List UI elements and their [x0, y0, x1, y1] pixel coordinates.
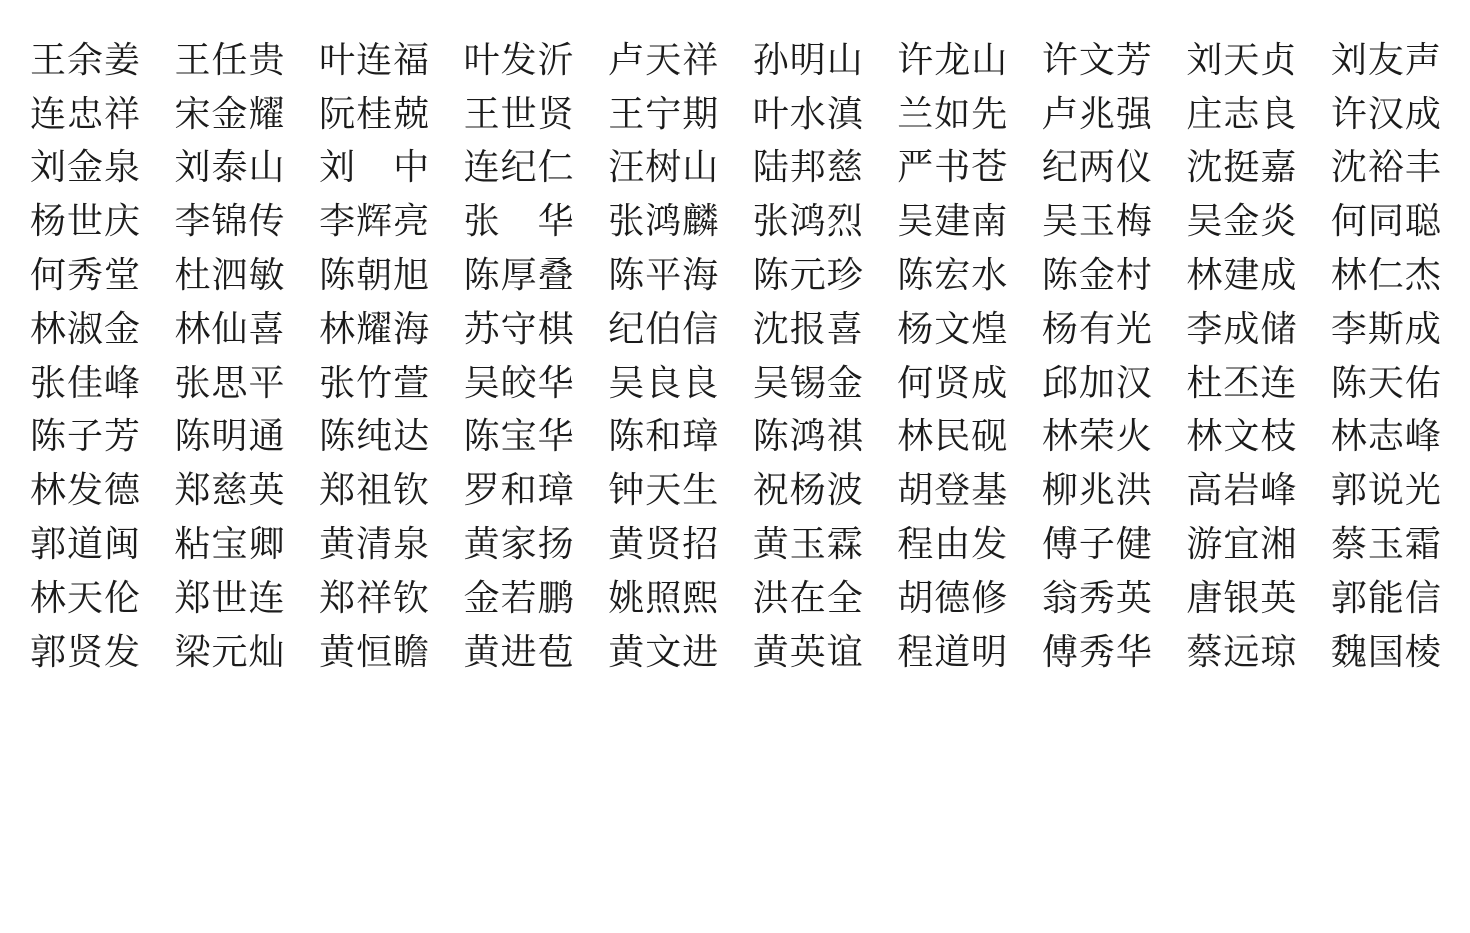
name-cell: 黄恒瞻	[319, 634, 430, 670]
name-cell: 林发德	[30, 472, 141, 508]
name-cell: 阮桂兢	[319, 96, 430, 132]
name-cell: 金若鹏	[464, 580, 575, 616]
name-cell: 邱加汉	[1042, 365, 1153, 401]
name-cell: 陈和璋	[608, 418, 719, 454]
name-cell: 胡德修	[897, 580, 1008, 616]
name-cell: 魏国棱	[1331, 634, 1442, 670]
name-cell: 王宁期	[608, 96, 719, 132]
name-cell: 吴玉梅	[1042, 203, 1153, 239]
name-cell: 刘天贞	[1186, 42, 1297, 78]
name-row: 陈子芳陈明通陈纯达陈宝华陈和璋陈鸿祺林民砚林荣火林文枝林志峰	[30, 410, 1442, 464]
name-cell: 王世贤	[464, 96, 575, 132]
name-cell: 黄进苞	[464, 634, 575, 670]
name-cell: 陈天佑	[1331, 365, 1442, 401]
name-cell: 蔡玉霜	[1331, 526, 1442, 562]
name-cell: 林文枝	[1186, 418, 1297, 454]
name-row: 林发德郑慈英郑祖钦罗和璋钟天生祝杨波胡登基柳兆洪高岩峰郭说光	[30, 463, 1442, 517]
name-cell: 程由发	[897, 526, 1008, 562]
name-cell: 林耀海	[319, 311, 430, 347]
name-cell: 吴皎华	[464, 365, 575, 401]
name-cell: 郑慈英	[175, 472, 286, 508]
name-row: 杨世庆李锦传李辉亮张 华张鸿麟张鸿烈吴建南吴玉梅吴金炎何同聪	[30, 194, 1442, 248]
name-cell: 张思平	[175, 365, 286, 401]
name-cell: 吴锡金	[753, 365, 864, 401]
name-cell: 孙明山	[753, 42, 864, 78]
name-grid: 王余姜王任贵叶连福叶发沂卢天祥孙明山许龙山许文芳刘天贞刘友声连忠祥宋金耀阮桂兢王…	[30, 33, 1442, 679]
name-cell: 黄贤招	[608, 526, 719, 562]
name-cell: 张 华	[464, 203, 575, 239]
name-cell: 林天伦	[30, 580, 141, 616]
name-cell: 杜泗敏	[175, 257, 286, 293]
name-cell: 梁元灿	[175, 634, 286, 670]
name-cell: 陈元珍	[753, 257, 864, 293]
name-cell: 王余姜	[30, 42, 141, 78]
name-cell: 唐银英	[1186, 580, 1297, 616]
name-cell: 傅子健	[1042, 526, 1153, 562]
name-cell: 张鸿烈	[753, 203, 864, 239]
name-cell: 庄志良	[1186, 96, 1297, 132]
name-cell: 许文芳	[1042, 42, 1153, 78]
name-cell: 林民砚	[897, 418, 1008, 454]
name-cell: 卢兆强	[1042, 96, 1153, 132]
name-cell: 陈子芳	[30, 418, 141, 454]
name-cell: 许龙山	[897, 42, 1008, 78]
name-cell: 黄清泉	[319, 526, 430, 562]
name-cell: 杨世庆	[30, 203, 141, 239]
name-cell: 王任贵	[175, 42, 286, 78]
name-cell: 洪在全	[753, 580, 864, 616]
name-cell: 柳兆洪	[1042, 472, 1153, 508]
name-cell: 杨有光	[1042, 311, 1153, 347]
name-cell: 陆邦慈	[753, 149, 864, 185]
name-cell: 纪两仪	[1042, 149, 1153, 185]
name-row: 刘金泉刘泰山刘 中连纪仁汪树山陆邦慈严书苍纪两仪沈挺嘉沈裕丰	[30, 141, 1442, 195]
name-cell: 陈鸿祺	[753, 418, 864, 454]
name-cell: 张竹萱	[319, 365, 430, 401]
name-cell: 张鸿麟	[608, 203, 719, 239]
name-cell: 郑祖钦	[319, 472, 430, 508]
name-cell: 沈报喜	[753, 311, 864, 347]
name-cell: 吴良良	[608, 365, 719, 401]
name-cell: 李斯成	[1331, 311, 1442, 347]
name-cell: 刘金泉	[30, 149, 141, 185]
name-cell: 郭道闽	[30, 526, 141, 562]
name-cell: 吴建南	[897, 203, 1008, 239]
name-cell: 何贤成	[897, 365, 1008, 401]
name-cell: 何同聪	[1331, 203, 1442, 239]
name-cell: 纪伯信	[608, 311, 719, 347]
name-row: 王余姜王任贵叶连福叶发沂卢天祥孙明山许龙山许文芳刘天贞刘友声	[30, 33, 1442, 87]
name-cell: 林仁杰	[1331, 257, 1442, 293]
name-cell: 林建成	[1186, 257, 1297, 293]
name-cell: 郑祥钦	[319, 580, 430, 616]
name-cell: 陈纯达	[319, 418, 430, 454]
name-cell: 姚照熙	[608, 580, 719, 616]
name-cell: 傅秀华	[1042, 634, 1153, 670]
name-cell: 卢天祥	[608, 42, 719, 78]
name-row: 郭贤发梁元灿黄恒瞻黄进苞黄文进黄英谊程道明傅秀华蔡远琼魏国棱	[30, 625, 1442, 679]
name-cell: 何秀堂	[30, 257, 141, 293]
name-cell: 郑世连	[175, 580, 286, 616]
name-cell: 沈裕丰	[1331, 149, 1442, 185]
name-cell: 宋金耀	[175, 96, 286, 132]
name-cell: 粘宝卿	[175, 526, 286, 562]
name-cell: 黄家扬	[464, 526, 575, 562]
name-row: 张佳峰张思平张竹萱吴皎华吴良良吴锡金何贤成邱加汉杜丕连陈天佑	[30, 356, 1442, 410]
name-cell: 陈宏水	[897, 257, 1008, 293]
name-cell: 连纪仁	[464, 149, 575, 185]
name-cell: 林仙喜	[175, 311, 286, 347]
name-cell: 胡登基	[897, 472, 1008, 508]
name-cell: 罗和璋	[464, 472, 575, 508]
name-cell: 吴金炎	[1186, 203, 1297, 239]
name-cell: 黄玉霖	[753, 526, 864, 562]
name-cell: 许汉成	[1331, 96, 1442, 132]
name-cell: 黄文进	[608, 634, 719, 670]
name-cell: 叶水滇	[753, 96, 864, 132]
name-cell: 翁秀英	[1042, 580, 1153, 616]
name-cell: 李锦传	[175, 203, 286, 239]
name-cell: 程道明	[897, 634, 1008, 670]
name-cell: 郭贤发	[30, 634, 141, 670]
name-cell: 林志峰	[1331, 418, 1442, 454]
name-cell: 祝杨波	[753, 472, 864, 508]
name-cell: 刘 中	[319, 149, 430, 185]
name-row: 何秀堂杜泗敏陈朝旭陈厚叠陈平海陈元珍陈宏水陈金村林建成林仁杰	[30, 248, 1442, 302]
name-cell: 陈宝华	[464, 418, 575, 454]
name-row: 连忠祥宋金耀阮桂兢王世贤王宁期叶水滇兰如先卢兆强庄志良许汉成	[30, 87, 1442, 141]
name-cell: 郭能信	[1331, 580, 1442, 616]
name-cell: 陈金村	[1042, 257, 1153, 293]
name-cell: 蔡远琼	[1186, 634, 1297, 670]
name-cell: 黄英谊	[753, 634, 864, 670]
name-cell: 叶连福	[319, 42, 430, 78]
name-cell: 陈厚叠	[464, 257, 575, 293]
name-cell: 杨文煌	[897, 311, 1008, 347]
name-cell: 游宜湘	[1186, 526, 1297, 562]
name-cell: 刘友声	[1331, 42, 1442, 78]
name-cell: 林荣火	[1042, 418, 1153, 454]
name-cell: 陈朝旭	[319, 257, 430, 293]
name-cell: 陈明通	[175, 418, 286, 454]
name-cell: 兰如先	[897, 96, 1008, 132]
name-row: 林淑金林仙喜林耀海苏守棋纪伯信沈报喜杨文煌杨有光李成储李斯成	[30, 302, 1442, 356]
name-cell: 连忠祥	[30, 96, 141, 132]
name-cell: 严书苍	[897, 149, 1008, 185]
name-cell: 叶发沂	[464, 42, 575, 78]
name-cell: 张佳峰	[30, 365, 141, 401]
name-cell: 陈平海	[608, 257, 719, 293]
name-row: 林天伦郑世连郑祥钦金若鹏姚照熙洪在全胡德修翁秀英唐银英郭能信	[30, 571, 1442, 625]
name-cell: 汪树山	[608, 149, 719, 185]
name-cell: 沈挺嘉	[1186, 149, 1297, 185]
name-cell: 林淑金	[30, 311, 141, 347]
name-cell: 杜丕连	[1186, 365, 1297, 401]
name-cell: 郭说光	[1331, 472, 1442, 508]
name-cell: 钟天生	[608, 472, 719, 508]
document-page: 王余姜王任贵叶连福叶发沂卢天祥孙明山许龙山许文芳刘天贞刘友声连忠祥宋金耀阮桂兢王…	[0, 0, 1470, 933]
name-cell: 李成储	[1186, 311, 1297, 347]
name-cell: 李辉亮	[319, 203, 430, 239]
name-cell: 刘泰山	[175, 149, 286, 185]
name-cell: 高岩峰	[1186, 472, 1297, 508]
name-cell: 苏守棋	[464, 311, 575, 347]
name-row: 郭道闽粘宝卿黄清泉黄家扬黄贤招黄玉霖程由发傅子健游宜湘蔡玉霜	[30, 517, 1442, 571]
